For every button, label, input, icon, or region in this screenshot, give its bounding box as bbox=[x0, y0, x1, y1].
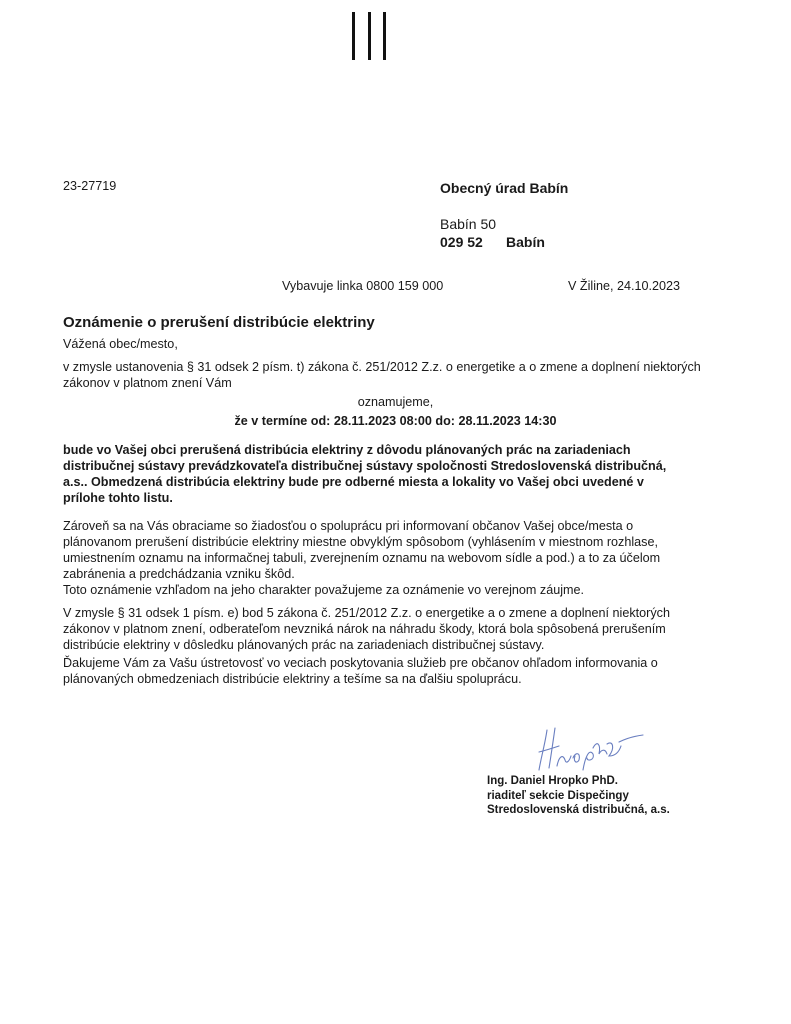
paragraph-legal-basis: v zmysle ustanovenia § 31 odsek 2 písm. … bbox=[63, 359, 703, 391]
handwritten-signature bbox=[535, 726, 645, 774]
paragraph-line: umiestnením oznamu na informačnej tabuli… bbox=[63, 550, 703, 566]
announce-text: oznamujeme, bbox=[0, 395, 791, 409]
recipient-city: Babín bbox=[506, 234, 545, 250]
recipient-street: Babín 50 bbox=[440, 216, 496, 232]
paragraph-no-compensation: V zmysle § 31 odsek 1 písm. e) bod 5 zák… bbox=[63, 605, 703, 653]
recipient-name: Obecný úrad Babín bbox=[440, 180, 568, 196]
recipient-city-line: 029 52Babín bbox=[440, 234, 545, 250]
reference-number: 23-27719 bbox=[63, 179, 116, 193]
signatory-position: riaditeľ sekcie Dispečingy bbox=[487, 789, 670, 804]
paragraph-line: Toto oznámenie vzhľadom na jeho charakte… bbox=[63, 582, 703, 598]
paragraph-line: zabránenia a predchádzania vzniku škôd. bbox=[63, 566, 703, 582]
salutation: Vážená obec/mesto, bbox=[63, 337, 178, 351]
signatory-company: Stredoslovenská distribučná, a.s. bbox=[487, 803, 670, 818]
place-date: V Žiline, 24.10.2023 bbox=[568, 279, 680, 293]
barcode-marks bbox=[352, 12, 388, 60]
paragraph-outage-notice: bude vo Vašej obci prerušená distribúcia… bbox=[63, 442, 683, 506]
recipient-zip: 029 52 bbox=[440, 234, 506, 250]
outage-term: že v termíne od: 28.11.2023 08:00 do: 28… bbox=[0, 414, 791, 428]
signature-block: Ing. Daniel Hropko PhD. riaditeľ sekcie … bbox=[487, 774, 670, 818]
paragraph-thanks: Ďakujeme Vám za Vašu ústretovosť vo veci… bbox=[63, 655, 703, 687]
contact-line: Vybavuje linka 0800 159 000 bbox=[282, 279, 443, 293]
paragraph-line: Zároveň sa na Vás obraciame so žiadosťou… bbox=[63, 518, 703, 534]
signatory-name: Ing. Daniel Hropko PhD. bbox=[487, 774, 670, 789]
paragraph-cooperation: Zároveň sa na Vás obraciame so žiadosťou… bbox=[63, 518, 703, 598]
document-title: Oznámenie o prerušení distribúcie elektr… bbox=[63, 314, 375, 331]
paragraph-line: plánovanom prerušení distribúcie elektri… bbox=[63, 534, 703, 550]
